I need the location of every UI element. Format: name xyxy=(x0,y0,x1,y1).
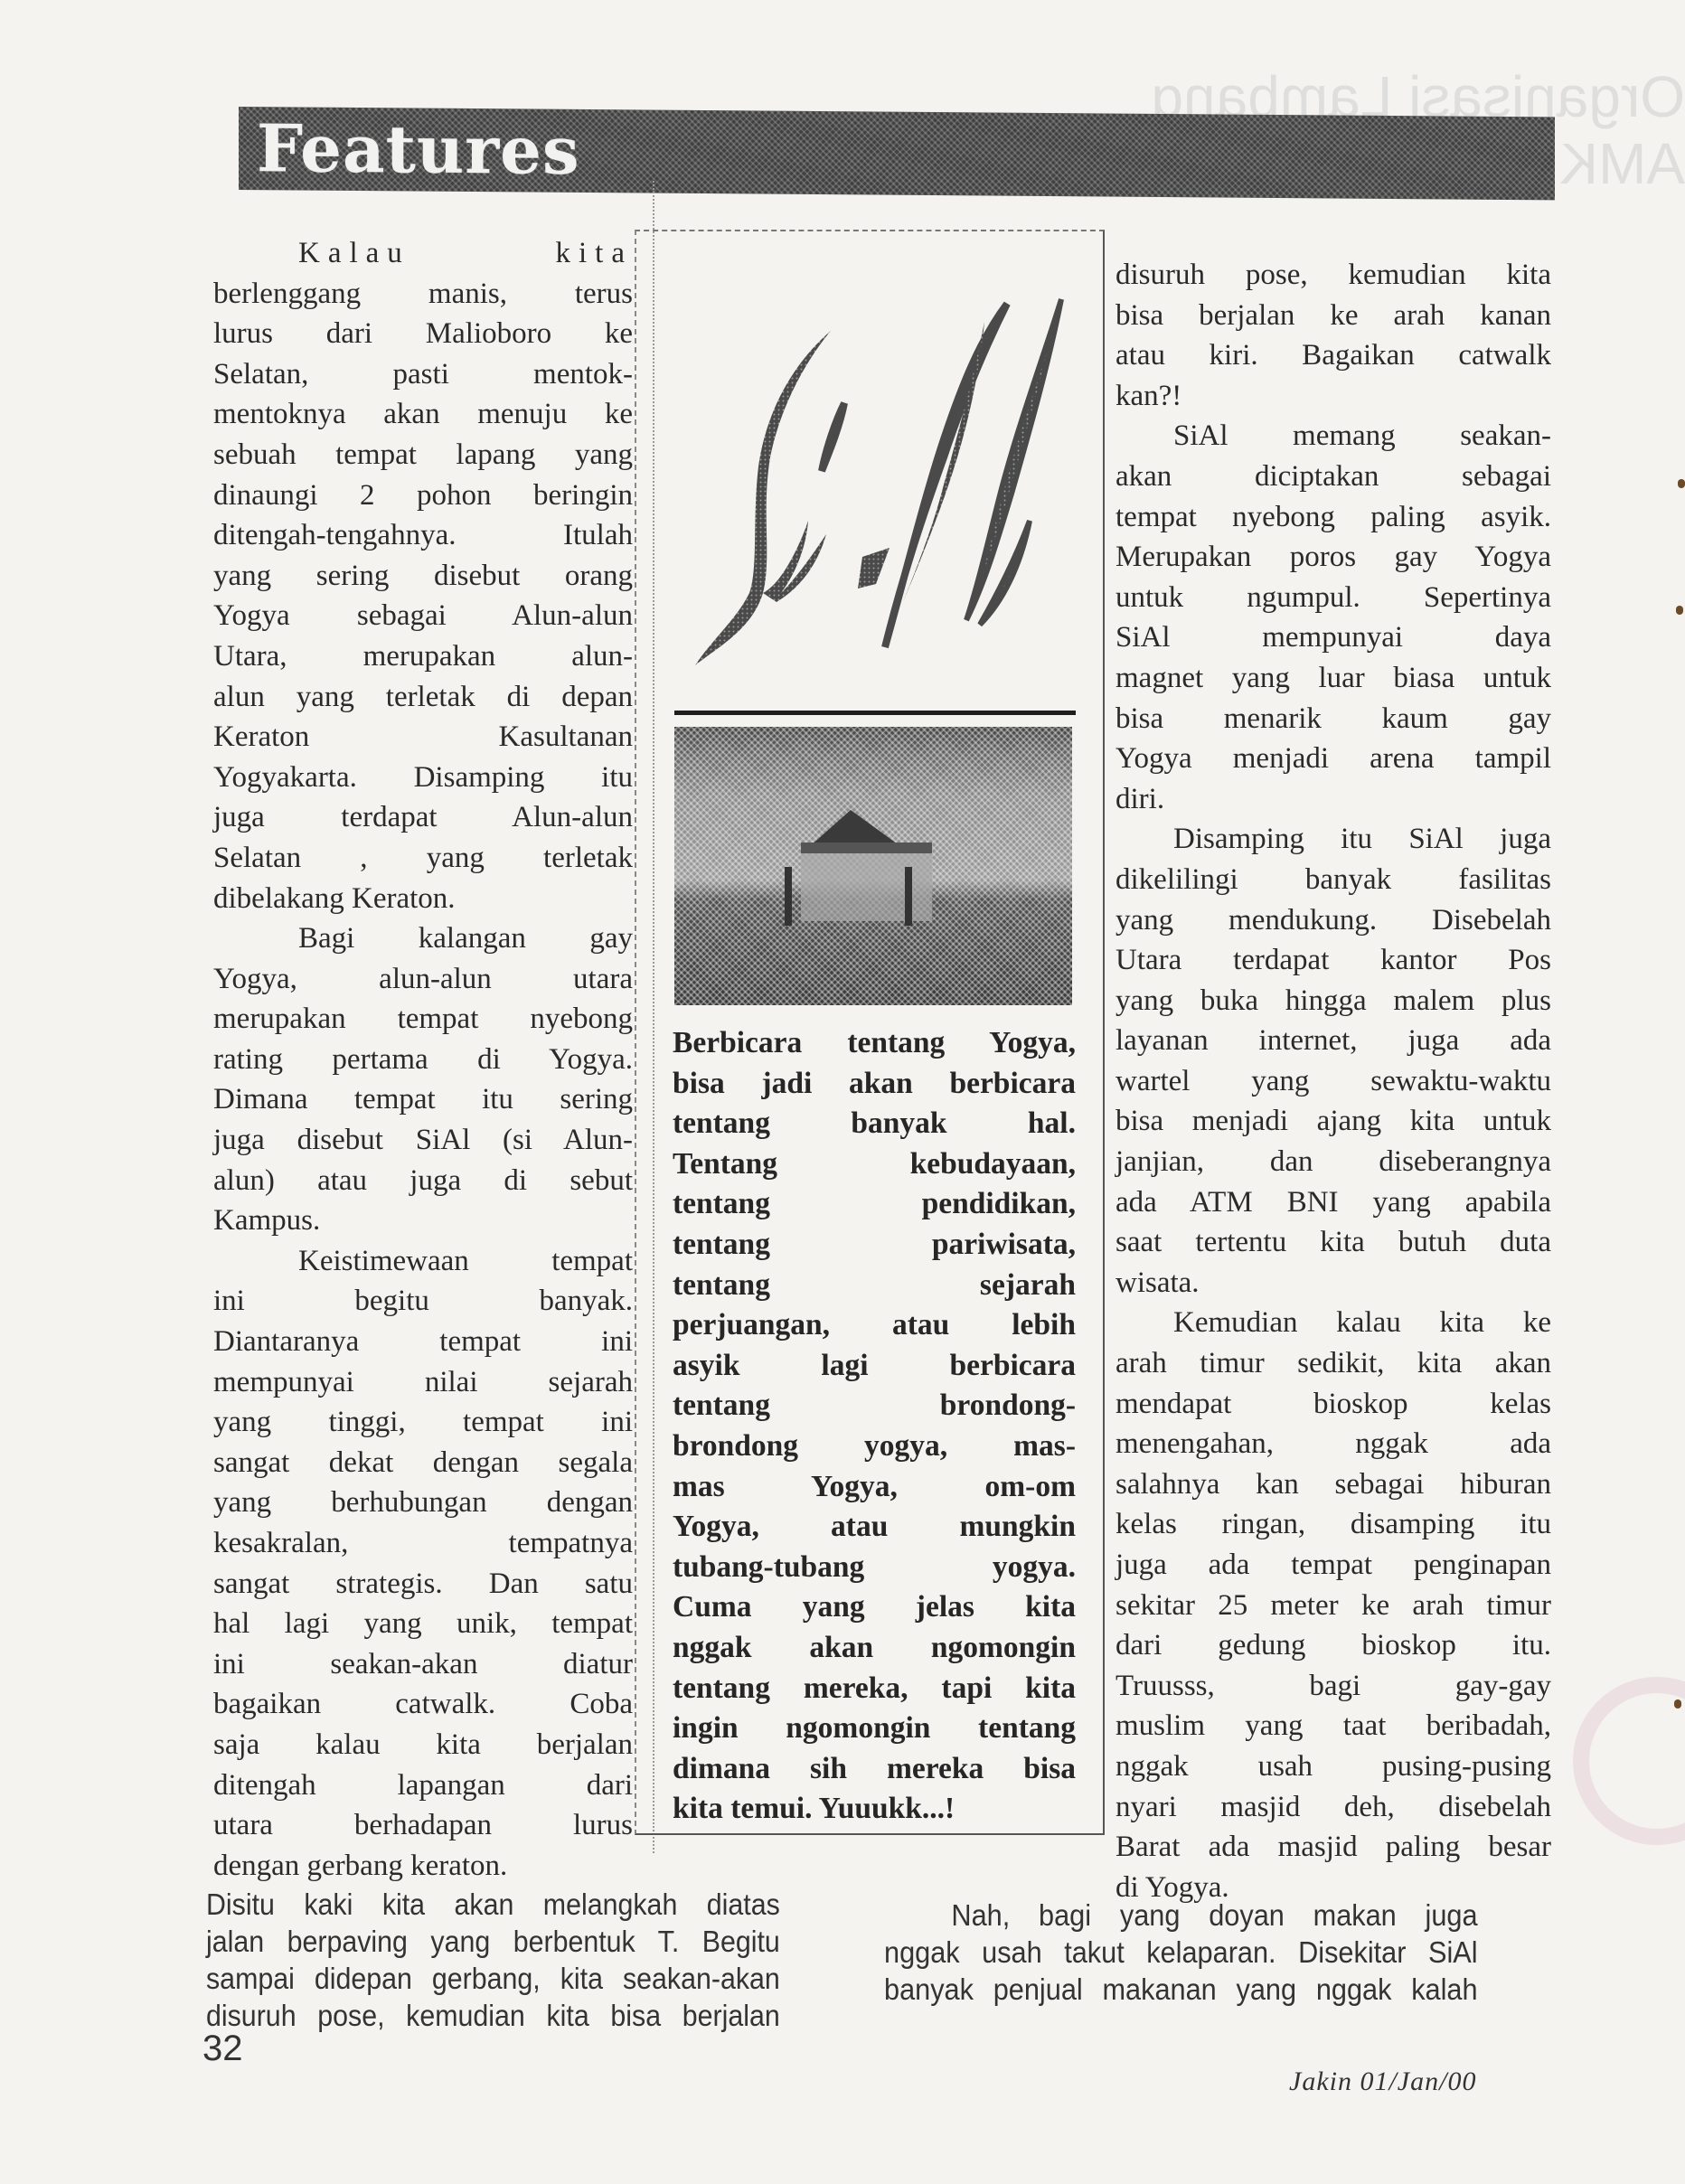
text-line: ada ATM BNI yang apabila xyxy=(1115,1182,1551,1223)
text-line: wartel yang sewaktu-waktu xyxy=(1115,1061,1551,1102)
text-line: mendapat bioskop kelas xyxy=(1115,1384,1551,1425)
text-line: Kemudian kalau kita ke xyxy=(1115,1303,1551,1343)
text-line: kelas ringan, disamping itu xyxy=(1115,1504,1551,1545)
text-line: Bagi kalangan gay xyxy=(213,918,633,959)
text-line: SiAl mempunyai daya xyxy=(1115,617,1551,658)
text-line: Cuma yang jelas kita xyxy=(673,1587,1076,1628)
text-line: asyik lagi berbicara xyxy=(673,1346,1076,1387)
text-line: berlenggang manis, terus xyxy=(213,274,633,315)
text-line: nggak akan ngomongin xyxy=(673,1628,1076,1669)
text-line: bisa menjadi ajang kita untuk xyxy=(1115,1101,1551,1142)
text-line: brondong yogya, mas- xyxy=(673,1426,1076,1467)
text-line: utara berhadapan lurus xyxy=(213,1805,633,1846)
text-line: menengahan, nggak ada xyxy=(1115,1424,1551,1464)
issue-credit: Jakin 01/Jan/00 xyxy=(1289,2066,1476,2097)
text-line: saat tertentu kita butuh duta xyxy=(1115,1222,1551,1263)
keraton-gate-photo xyxy=(674,727,1072,1005)
text-line: Nah, bagi yang doyan makan juga xyxy=(884,1897,1478,1934)
text-line: saja kalau kita berjalan xyxy=(213,1725,633,1765)
text-line: sangat strategis. Dan satu xyxy=(213,1564,633,1605)
text-line: banyak penjual makanan yang nggak kalah xyxy=(884,1971,1478,2008)
pavilion-silhouette-icon xyxy=(674,727,1072,1005)
text-line: atau kiri. Bagaikan catwalk xyxy=(1115,335,1551,376)
si-al-calligraphy-logo xyxy=(673,277,1070,674)
text-line: Tentang kebudayaan, xyxy=(673,1144,1076,1185)
paper-stain xyxy=(1573,1677,1685,1845)
text-line: dikelilingi banyak fasilitas xyxy=(1115,860,1551,900)
text-line: tentang mereka, tapi kita xyxy=(673,1669,1076,1709)
text-line: akan diciptakan sebagai xyxy=(1115,457,1551,497)
text-line: mentoknya akan menuju ke xyxy=(213,394,633,435)
text-line: Utara terdapat kantor Pos xyxy=(1115,940,1551,981)
text-line: juga disebut SiAl (si Alun- xyxy=(213,1120,633,1161)
text-line: layanan internet, juga ada xyxy=(1115,1021,1551,1061)
text-line: tempat nyebong paling asyik. xyxy=(1115,497,1551,538)
text-line: rating pertama di Yogya. xyxy=(213,1040,633,1080)
text-line: yang buka hingga malem plus xyxy=(1115,981,1551,1021)
text-line: bisa jadi akan berbicara xyxy=(673,1064,1076,1105)
text-line: diri. xyxy=(1115,779,1551,820)
text-line: Kalau kita xyxy=(213,233,633,274)
text-line: mas Yogya, om-om xyxy=(673,1467,1076,1508)
text-line: sangat dekat dengan segala xyxy=(213,1443,633,1483)
text-line: yang tinggi, tempat ini xyxy=(213,1402,633,1443)
text-line: sampai didepan gerbang, kita seakan-akan xyxy=(206,1960,780,1997)
text-line: hal lagi yang unik, tempat xyxy=(213,1604,633,1644)
text-line: juga ada tempat penginapan xyxy=(1115,1545,1551,1586)
text-line: sebuah tempat lapang yang xyxy=(213,435,633,475)
sidebar-box: Berbicara tentang Yogya, bisa jadi akan … xyxy=(635,230,1105,1835)
page-number: 32 xyxy=(202,2029,243,2069)
text-line: Truusss, bagi gay-gay xyxy=(1115,1666,1551,1707)
text-line: Selatan, pasti mentok- xyxy=(213,354,633,395)
text-line: Disamping itu SiAl juga xyxy=(1115,819,1551,860)
text-line: Yogya menjadi arena tampil xyxy=(1115,739,1551,779)
text-line: Keistimewaan tempat xyxy=(213,1241,633,1282)
text-line: Yogya, atau mungkin xyxy=(673,1507,1076,1548)
text-line: nyari masjid deh, disebelah xyxy=(1115,1787,1551,1828)
text-line: bisa menarik kaum gay xyxy=(1115,699,1551,739)
text-line: tentang banyak hal. xyxy=(673,1104,1076,1144)
text-line: Yogya, alun-alun utara xyxy=(213,959,633,1000)
text-line: Dimana tempat itu sering xyxy=(213,1079,633,1120)
text-line: ini begitu banyak. xyxy=(213,1281,633,1322)
left-column: Kalau kita berlenggang manis, terus luru… xyxy=(213,233,633,1886)
text-line: sekitar 25 meter ke arah timur xyxy=(1115,1586,1551,1626)
text-line: Disitu kaki kita akan melangkah diatas xyxy=(206,1886,780,1923)
right-column: disuruh pose, kemudian kita bisa berjala… xyxy=(1115,255,1551,1907)
binding-hole-mark xyxy=(1678,479,1685,488)
text-line: dimana sih mereka bisa xyxy=(673,1749,1076,1790)
text-line: dengan gerbang keraton. xyxy=(213,1846,633,1887)
text-line: Barat ada masjid paling besar xyxy=(1115,1827,1551,1868)
text-line: SiAl memang seakan- xyxy=(1115,416,1551,457)
text-line: ini seakan-akan diatur xyxy=(213,1644,633,1685)
text-line: Yogya sebagai Alun-alun xyxy=(213,596,633,636)
text-line: dibelakang Keraton. xyxy=(213,879,633,919)
text-line: yang berhubungan dengan xyxy=(213,1483,633,1523)
text-line: alun) atau juga di sebut xyxy=(213,1161,633,1201)
horizontal-rule xyxy=(674,711,1076,715)
text-line: yang sering disebut orang xyxy=(213,556,633,597)
text-line: disuruh pose, kemudian kita xyxy=(1115,255,1551,296)
text-line: bagaikan catwalk. Coba xyxy=(213,1684,633,1725)
text-line: yang mendukung. Disebelah xyxy=(1115,900,1551,941)
text-line: kita temui. Yuuukk...! xyxy=(673,1789,1076,1830)
text-line: wisata. xyxy=(1115,1263,1551,1304)
text-line: Kampus. xyxy=(213,1200,633,1241)
text-line: magnet yang luar biasa untuk xyxy=(1115,658,1551,699)
text-line: lurus dari Malioboro ke xyxy=(213,314,633,354)
text-line: Diantaranya tempat ini xyxy=(213,1322,633,1362)
bottom-right-text: Nah, bagi yang doyan makan juga nggak us… xyxy=(884,1897,1478,2008)
text-line: dari gedung bioskop itu. xyxy=(1115,1625,1551,1666)
section-header-bar: Features xyxy=(239,107,1555,200)
text-line: perjuangan, atau lebih xyxy=(673,1305,1076,1346)
text-line: tubang-tubang yogya. xyxy=(673,1548,1076,1588)
text-line: mempunyai nilai sejarah xyxy=(213,1362,633,1403)
text-line: juga terdapat Alun-alun xyxy=(213,797,633,838)
section-title: Features xyxy=(257,110,580,189)
text-line: Keraton Kasultanan xyxy=(213,717,633,758)
text-line: nggak usah pusing-pusing xyxy=(1115,1746,1551,1787)
text-line: tentang brondong- xyxy=(673,1386,1076,1426)
text-line: salahnya kan sebagai hiburan xyxy=(1115,1464,1551,1505)
text-line: tentang pariwisata, xyxy=(673,1225,1076,1266)
text-line: dinaungi 2 pohon beringin xyxy=(213,475,633,516)
text-line: kesakralan, tempatnya xyxy=(213,1523,633,1564)
text-line: arah timur sedikit, kita akan xyxy=(1115,1343,1551,1384)
text-line: kan?! xyxy=(1115,376,1551,417)
text-line: Utara, merupakan alun- xyxy=(213,636,633,677)
text-line: nggak usah takut kelaparan. Disekitar Si… xyxy=(884,1934,1478,1971)
text-line: merupakan tempat nyebong xyxy=(213,999,633,1040)
text-line: disuruh pose, kemudian kita bisa berjala… xyxy=(206,1997,780,2034)
text-line: Merupakan poros gay Yogya xyxy=(1115,537,1551,578)
text-line: ditengah lapangan dari xyxy=(213,1765,633,1806)
text-line: ditengah-tengahnya. Itulah xyxy=(213,515,633,556)
text-line: ingin ngomongin tentang xyxy=(673,1709,1076,1749)
sidebar-intro-text: Berbicara tentang Yogya, bisa jadi akan … xyxy=(673,1023,1076,1830)
text-line: tentang pendidikan, xyxy=(673,1184,1076,1225)
text-line: jalan berpaving yang berbentuk T. Begitu xyxy=(206,1923,780,1960)
text-line: tentang sejarah xyxy=(673,1266,1076,1306)
text-line: untuk ngumpul. Sepertinya xyxy=(1115,578,1551,618)
text-line: janjian, dan diseberangnya xyxy=(1115,1142,1551,1182)
text-line: alun yang terletak di depan xyxy=(213,677,633,718)
text-line: bisa berjalan ke arah kanan xyxy=(1115,296,1551,336)
text-line: Selatan , yang terletak xyxy=(213,838,633,879)
binding-hole-mark xyxy=(1676,606,1683,615)
text-line: muslim yang taat beribadah, xyxy=(1115,1706,1551,1746)
bottom-left-text: Disitu kaki kita akan melangkah diatas j… xyxy=(206,1886,780,2034)
text-line: Berbicara tentang Yogya, xyxy=(673,1023,1076,1064)
text-line: Yogyakarta. Disamping itu xyxy=(213,758,633,798)
